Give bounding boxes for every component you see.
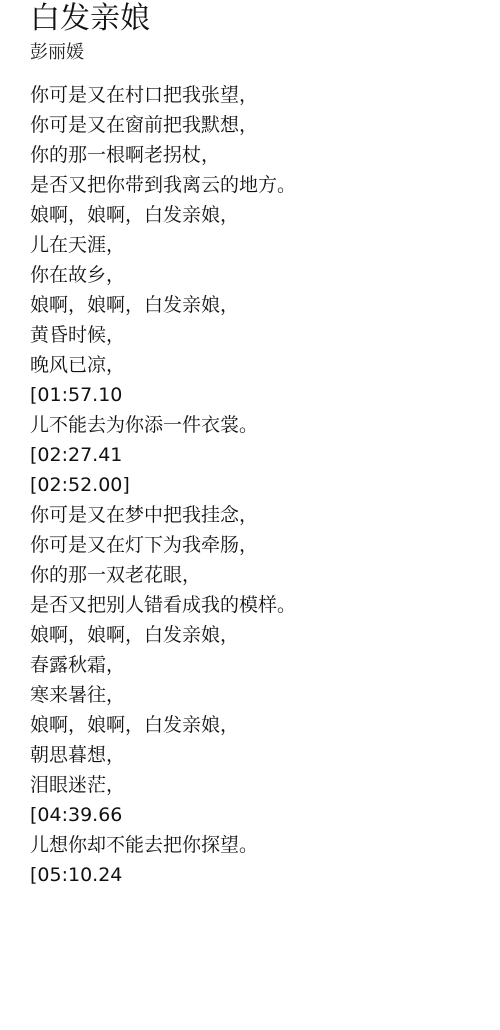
lyric-line: 儿在天涯，: [30, 230, 296, 260]
lyric-line: 你可是又在梦中把我挂念，: [30, 500, 296, 530]
lyrics-list: 你可是又在村口把我张望， 你可是又在窗前把我默想， 你的那一根啊老拐杖， 是否又…: [30, 80, 296, 890]
lyric-line: 你的那一根啊老拐杖，: [30, 140, 296, 170]
lyric-timestamp: [02:27.41: [30, 440, 296, 470]
lyric-line: 泪眼迷茫，: [30, 770, 296, 800]
lyric-line: 你的那一双老花眼，: [30, 560, 296, 590]
lyric-line: 娘啊，娘啊，白发亲娘，: [30, 290, 296, 320]
lyric-line: 春露秋霜，: [30, 650, 296, 680]
lyric-line: 是否又把你带到我离云的地方。: [30, 170, 296, 200]
lyric-timestamp: [01:57.10: [30, 380, 296, 410]
lyric-line: 你在故乡，: [30, 260, 296, 290]
lyric-timestamp: [02:52.00]: [30, 470, 296, 500]
lyric-line: 儿想你却不能去把你探望。: [30, 830, 296, 860]
lyric-line: 是否又把别人错看成我的模样。: [30, 590, 296, 620]
lyric-line: 黄昏时候，: [30, 320, 296, 350]
lyric-line: 寒来暑往，: [30, 680, 296, 710]
lyric-line: 晚风已凉，: [30, 350, 296, 380]
lyric-line: 你可是又在灯下为我牵肠，: [30, 530, 296, 560]
lyric-line: 你可是又在窗前把我默想，: [30, 110, 296, 140]
lyric-line: 娘啊，娘啊，白发亲娘，: [30, 620, 296, 650]
lyric-line: 朝思暮想，: [30, 740, 296, 770]
artist-name: 彭丽媛: [30, 40, 84, 66]
lyric-line: 儿不能去为你添一件衣裳。: [30, 410, 296, 440]
lyric-line: 娘啊，娘啊，白发亲娘，: [30, 710, 296, 740]
song-title: 白发亲娘: [30, 0, 150, 38]
lyric-line: 你可是又在村口把我张望，: [30, 80, 296, 110]
lyric-line: 娘啊，娘啊，白发亲娘，: [30, 200, 296, 230]
lyric-timestamp: [05:10.24: [30, 860, 296, 890]
lyric-timestamp: [04:39.66: [30, 800, 296, 830]
